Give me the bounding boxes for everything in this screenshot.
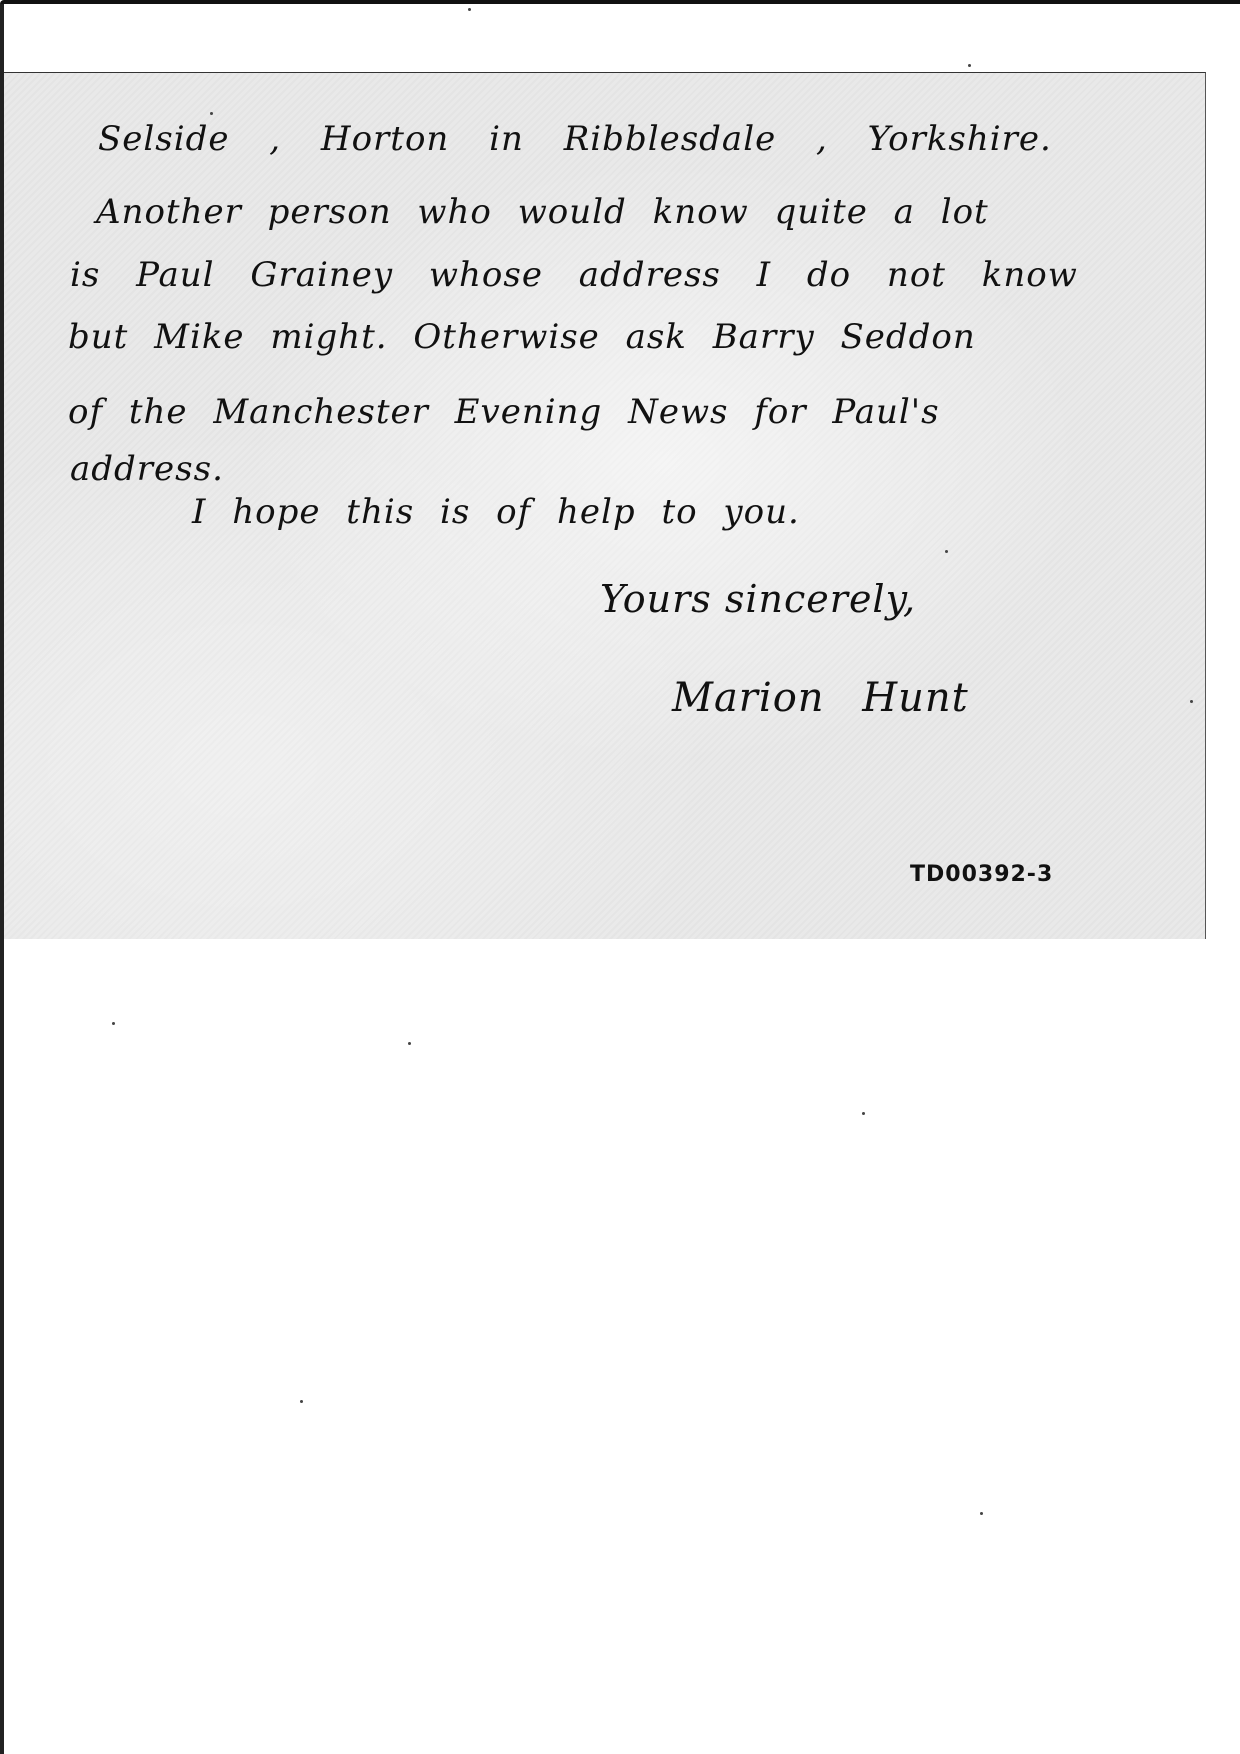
scan-speck bbox=[468, 8, 471, 11]
scan-speck bbox=[1190, 700, 1193, 703]
letter-line-1: Selside , Horton in Ribblesdale , Yorksh… bbox=[98, 122, 1052, 156]
letter-line-7: I hope this is of help to you. bbox=[192, 495, 800, 529]
archive-reference-code: TD00392-3 bbox=[910, 862, 1053, 887]
letter-line-2: Another person who would know quite a lo… bbox=[96, 195, 989, 229]
letter-closing: Yours sincerely, bbox=[600, 580, 916, 618]
letter-line-6: address. bbox=[70, 452, 224, 486]
scan-speck bbox=[112, 1022, 115, 1025]
letter-signature: Marion Hunt bbox=[672, 678, 969, 718]
letter-line-3: is Paul Grainey whose address I do not k… bbox=[70, 258, 1078, 292]
scanned-page: Selside , Horton in Ribblesdale , Yorksh… bbox=[0, 0, 1240, 1754]
scan-top-edge bbox=[0, 0, 1240, 4]
letter-line-5: of the Manchester Evening News for Paul'… bbox=[68, 395, 940, 429]
scan-speck bbox=[300, 1400, 303, 1403]
letter-line-4: but Mike might. Otherwise ask Barry Sedd… bbox=[68, 320, 976, 354]
scan-speck bbox=[980, 1512, 983, 1515]
scan-speck bbox=[968, 64, 971, 67]
scan-speck bbox=[945, 550, 948, 553]
scan-speck bbox=[862, 1112, 865, 1115]
scan-speck bbox=[210, 112, 213, 115]
scan-speck bbox=[408, 1042, 411, 1045]
